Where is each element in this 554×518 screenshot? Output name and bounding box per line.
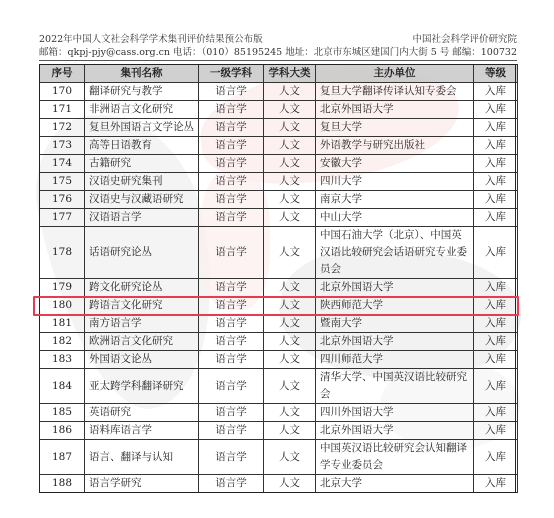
- table-row: 173高等日语教育语言学人文外语教学与研究出版社入库: [40, 137, 518, 155]
- document-header: 2022年中国人文社会科学学术集刊评价结果预公布版 中国社会科学评价研究院 邮箱…: [39, 33, 517, 61]
- cell-discipline: 语言学: [199, 315, 264, 333]
- cell-category: 人文: [264, 137, 316, 155]
- cell-category: 人文: [264, 315, 316, 333]
- cell-discipline: 语言学: [199, 369, 264, 404]
- cell-journal-name: 翻译研究与教学: [85, 83, 199, 101]
- cell-grade: 入库: [474, 333, 518, 351]
- cell-category: 人文: [264, 440, 316, 475]
- column-header-category: 学科大类: [264, 65, 316, 83]
- table-row: 186语料库语言学语言学人文北京外国语大学入库: [40, 422, 518, 440]
- table-row: 179跨文化研究论丛语言学人文北京外国语大学入库: [40, 279, 518, 297]
- cell-grade: 入库: [474, 101, 518, 119]
- cell-row-no: 186: [40, 422, 85, 440]
- cell-journal-name: 南方语言学: [85, 315, 199, 333]
- table-row: 188语言学研究语言学人文北京大学入库: [40, 475, 518, 493]
- contact-phone: 电话：（010）85195245: [173, 46, 282, 59]
- cell-journal-name: 跨文化研究论丛: [85, 279, 199, 297]
- cell-journal-name: 语言学研究: [85, 475, 199, 493]
- table-row: 176汉语史与汉藏语研究语言学人文南京大学入库: [40, 191, 518, 209]
- cell-grade: 入库: [474, 209, 518, 227]
- cell-discipline: 语言学: [199, 137, 264, 155]
- cell-grade: 入库: [474, 315, 518, 333]
- cell-discipline: 语言学: [199, 191, 264, 209]
- cell-sponsor: 四川大学: [316, 173, 474, 191]
- cell-category: 人文: [264, 119, 316, 137]
- cell-grade: 入库: [474, 279, 518, 297]
- cell-category: 人文: [264, 422, 316, 440]
- cell-journal-name: 语言、翻译与认知: [85, 440, 199, 475]
- cell-journal-name: 语料库语言学: [85, 422, 199, 440]
- table-row: 184亚太跨学科翻译研究语言学人文清华大学、中国英汉语比较研究会入库: [40, 369, 518, 404]
- cell-sponsor: 北京外国语大学: [316, 101, 474, 119]
- cell-row-no: 171: [40, 101, 85, 119]
- publisher-org: 中国社会科学评价研究院: [412, 33, 517, 46]
- column-header-no: 序号: [40, 65, 85, 83]
- cell-discipline: 语言学: [199, 351, 264, 369]
- cell-row-no: 181: [40, 315, 85, 333]
- column-header-name: 集刊名称: [85, 65, 199, 83]
- cell-row-no: 170: [40, 83, 85, 101]
- cell-discipline: 语言学: [199, 173, 264, 191]
- highlight-box: [33, 296, 519, 316]
- cell-sponsor: 安徽大学: [316, 155, 474, 173]
- cell-discipline: 语言学: [199, 83, 264, 101]
- cell-row-no: 179: [40, 279, 85, 297]
- table-row: 178话语研究论丛语言学人文中国石油大学（北京）、中国英汉语比较研究会话语研究专…: [40, 227, 518, 279]
- table-row: 171非洲语言文化研究语言学人文北京外国语大学入库: [40, 101, 518, 119]
- table-row: 187语言、翻译与认知语言学人文中国英汉语比较研究会认知翻译学专业委员会入库: [40, 440, 518, 475]
- cell-sponsor: 四川外国语大学: [316, 404, 474, 422]
- contact-postcode: 邮编：100732: [452, 46, 517, 59]
- cell-sponsor: 北京外国语大学: [316, 422, 474, 440]
- cell-sponsor: 四川师范大学: [316, 351, 474, 369]
- cell-grade: 入库: [474, 119, 518, 137]
- cell-journal-name: 汉语史与汉藏语研究: [85, 191, 199, 209]
- cell-discipline: 语言学: [199, 475, 264, 493]
- cell-discipline: 语言学: [199, 227, 264, 279]
- cell-category: 人文: [264, 369, 316, 404]
- cell-grade: 入库: [474, 475, 518, 493]
- cell-grade: 入库: [474, 351, 518, 369]
- cell-journal-name: 欧洲语言文化研究: [85, 333, 199, 351]
- cell-row-no: 176: [40, 191, 85, 209]
- cell-journal-name: 汉语史研究集刊: [85, 173, 199, 191]
- cell-journal-name: 外国语文论丛: [85, 351, 199, 369]
- cell-sponsor: 中山大学: [316, 209, 474, 227]
- cell-discipline: 语言学: [199, 422, 264, 440]
- cell-sponsor: 北京外国语大学: [316, 279, 474, 297]
- cell-category: 人文: [264, 209, 316, 227]
- cell-category: 人文: [264, 191, 316, 209]
- journal-evaluation-table: 序号 集刊名称 一级学科 学科大类 主办单位 等级 170翻译研究与教学语言学人…: [39, 64, 518, 493]
- table-row: 183外国语文论丛语言学人文四川师范大学入库: [40, 351, 518, 369]
- table-row: 170翻译研究与教学语言学人文复旦大学翻译传译认知专委会入库: [40, 83, 518, 101]
- table-row: 174古籍研究语言学人文安徽大学入库: [40, 155, 518, 173]
- cell-sponsor: 中国英汉语比较研究会认知翻译学专业委员会: [316, 440, 474, 475]
- cell-row-no: 182: [40, 333, 85, 351]
- column-header-discipline: 一级学科: [199, 65, 264, 83]
- cell-journal-name: 复旦外国语言文学论丛: [85, 119, 199, 137]
- cell-row-no: 172: [40, 119, 85, 137]
- cell-grade: 入库: [474, 83, 518, 101]
- cell-sponsor: 北京外国语大学: [316, 333, 474, 351]
- column-header-sponsor: 主办单位: [316, 65, 474, 83]
- cell-discipline: 语言学: [199, 440, 264, 475]
- table-header-row: 序号 集刊名称 一级学科 学科大类 主办单位 等级: [40, 65, 518, 83]
- cell-journal-name: 汉语语言学: [85, 209, 199, 227]
- cell-row-no: 178: [40, 227, 85, 279]
- cell-journal-name: 非洲语言文化研究: [85, 101, 199, 119]
- cell-sponsor: 北京大学: [316, 475, 474, 493]
- document-title: 2022年中国人文社会科学学术集刊评价结果预公布版: [39, 33, 263, 46]
- table-row: 185英语研究语言学人文四川外国语大学入库: [40, 404, 518, 422]
- cell-grade: 入库: [474, 440, 518, 475]
- cell-row-no: 183: [40, 351, 85, 369]
- cell-row-no: 173: [40, 137, 85, 155]
- cell-discipline: 语言学: [199, 404, 264, 422]
- cell-grade: 入库: [474, 191, 518, 209]
- cell-grade: 入库: [474, 173, 518, 191]
- cell-sponsor: 复旦大学: [316, 119, 474, 137]
- table-row: 172复旦外国语言文学论丛语言学人文复旦大学入库: [40, 119, 518, 137]
- cell-grade: 入库: [474, 404, 518, 422]
- cell-discipline: 语言学: [199, 155, 264, 173]
- cell-sponsor: 中国石油大学（北京）、中国英汉语比较研究会话语研究专业委员会: [316, 227, 474, 279]
- cell-row-no: 174: [40, 155, 85, 173]
- cell-category: 人文: [264, 101, 316, 119]
- cell-row-no: 177: [40, 209, 85, 227]
- table-row: 175汉语史研究集刊语言学人文四川大学入库: [40, 173, 518, 191]
- cell-row-no: 185: [40, 404, 85, 422]
- cell-row-no: 187: [40, 440, 85, 475]
- column-header-grade: 等级: [474, 65, 518, 83]
- cell-category: 人文: [264, 83, 316, 101]
- cell-category: 人文: [264, 173, 316, 191]
- cell-grade: 入库: [474, 369, 518, 404]
- cell-category: 人文: [264, 475, 316, 493]
- cell-grade: 入库: [474, 155, 518, 173]
- cell-sponsor: 清华大学、中国英汉语比较研究会: [316, 369, 474, 404]
- cell-discipline: 语言学: [199, 209, 264, 227]
- cell-grade: 入库: [474, 227, 518, 279]
- table-row: 177汉语语言学语言学人文中山大学入库: [40, 209, 518, 227]
- cell-category: 人文: [264, 279, 316, 297]
- cell-discipline: 语言学: [199, 101, 264, 119]
- cell-row-no: 184: [40, 369, 85, 404]
- cell-category: 人文: [264, 351, 316, 369]
- cell-sponsor: 暨南大学: [316, 315, 474, 333]
- cell-grade: 入库: [474, 422, 518, 440]
- cell-sponsor: 复旦大学翻译传译认知专委会: [316, 83, 474, 101]
- cell-journal-name: 亚太跨学科翻译研究: [85, 369, 199, 404]
- cell-row-no: 175: [40, 173, 85, 191]
- cell-category: 人文: [264, 155, 316, 173]
- cell-discipline: 语言学: [199, 333, 264, 351]
- cell-sponsor: 南京大学: [316, 191, 474, 209]
- cell-category: 人文: [264, 404, 316, 422]
- cell-journal-name: 话语研究论丛: [85, 227, 199, 279]
- cell-grade: 入库: [474, 137, 518, 155]
- table-row: 181南方语言学语言学人文暨南大学入库: [40, 315, 518, 333]
- cell-journal-name: 古籍研究: [85, 155, 199, 173]
- cell-sponsor: 外语教学与研究出版社: [316, 137, 474, 155]
- cell-category: 人文: [264, 333, 316, 351]
- cell-journal-name: 高等日语教育: [85, 137, 199, 155]
- contact-address: 地址：北京市东城区建国门内大街 5 号: [285, 46, 449, 59]
- contact-email: 邮箱：qkpj-pjy@cass.org.cn: [39, 46, 170, 59]
- cell-discipline: 语言学: [199, 279, 264, 297]
- table-row: 182欧洲语言文化研究语言学人文北京外国语大学入库: [40, 333, 518, 351]
- cell-row-no: 188: [40, 475, 85, 493]
- cell-category: 人文: [264, 227, 316, 279]
- cell-discipline: 语言学: [199, 119, 264, 137]
- cell-journal-name: 英语研究: [85, 404, 199, 422]
